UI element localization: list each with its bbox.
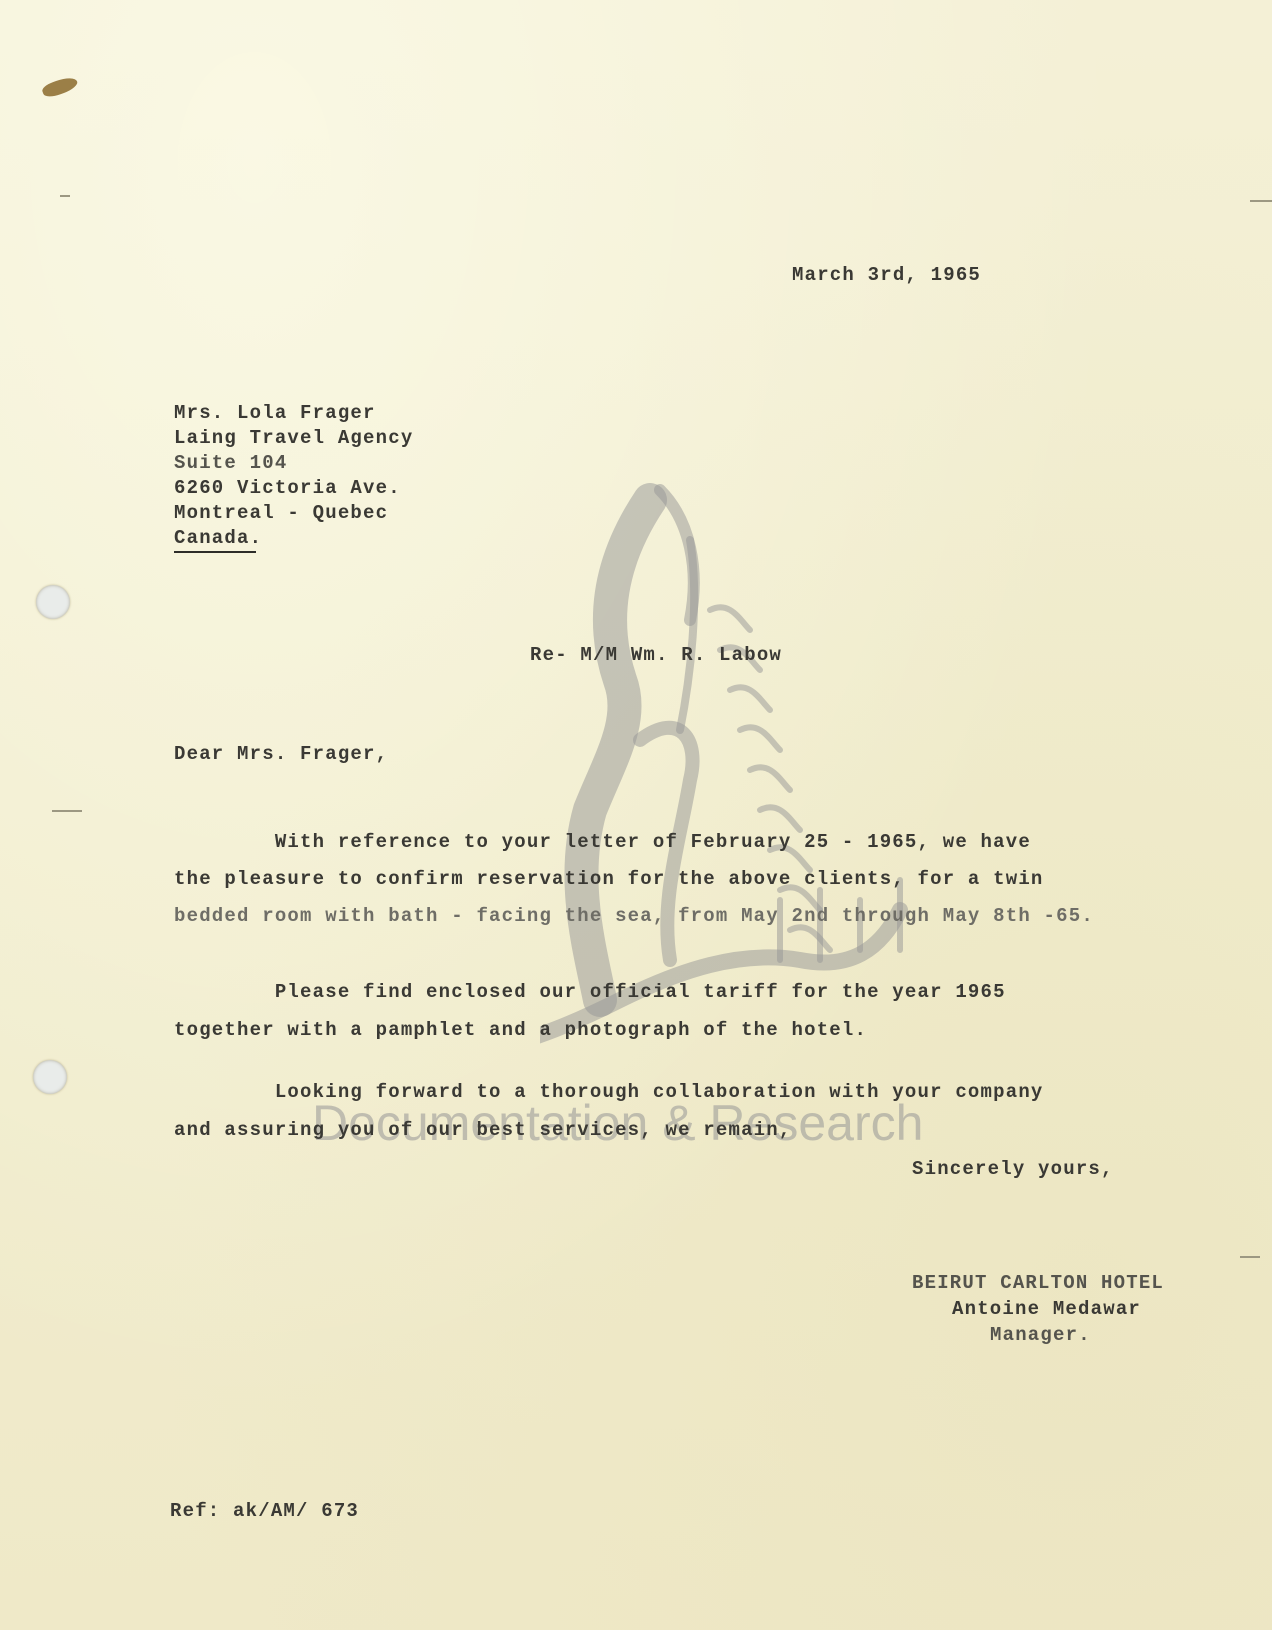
body-line: Looking forward to a thorough collaborat… <box>174 1083 1044 1102</box>
letter-date: March 3rd, 1965 <box>792 266 981 285</box>
recipient-street: 6260 Victoria Ave. <box>174 479 401 498</box>
recipient-country: Canada. <box>174 529 262 548</box>
edge-mark <box>52 810 82 812</box>
signature-organization: BEIRUT CARLTON HOTEL <box>912 1274 1164 1293</box>
body-line: With reference to your letter of Februar… <box>174 833 1031 852</box>
edge-mark <box>60 195 70 197</box>
signature-name: Antoine Medawar <box>952 1300 1141 1319</box>
recipient-city: Montreal - Quebec <box>174 504 388 523</box>
rust-stain-icon <box>41 74 80 99</box>
salutation: Dear Mrs. Frager, <box>174 745 388 764</box>
punch-hole-icon <box>36 585 70 619</box>
letter-page: Documentation & Research March 3rd, 1965… <box>0 0 1272 1630</box>
reference-code: Ref: ak/AM/ 673 <box>170 1502 359 1521</box>
subject-line: Re- M/M Wm. R. Labow <box>530 646 782 665</box>
edge-mark <box>1240 1256 1260 1258</box>
edge-mark <box>1250 200 1272 202</box>
body-line: Please find enclosed our official tariff… <box>174 983 1006 1002</box>
body-line: the pleasure to confirm reservation for … <box>174 870 1044 889</box>
umam-logo-icon <box>540 480 960 1100</box>
recipient-company: Laing Travel Agency <box>174 429 413 448</box>
recipient-suite: Suite 104 <box>174 454 287 473</box>
recipient-name: Mrs. Lola Frager <box>174 404 376 423</box>
body-line: together with a pamphlet and a photograp… <box>174 1021 867 1040</box>
country-underline <box>174 551 256 553</box>
body-line: bedded room with bath - facing the sea, … <box>174 907 1094 926</box>
punch-hole-icon <box>33 1060 67 1094</box>
body-line: and assuring you of our best services, w… <box>174 1121 792 1140</box>
signature-title: Manager. <box>990 1326 1091 1345</box>
closing: Sincerely yours, <box>912 1160 1114 1179</box>
